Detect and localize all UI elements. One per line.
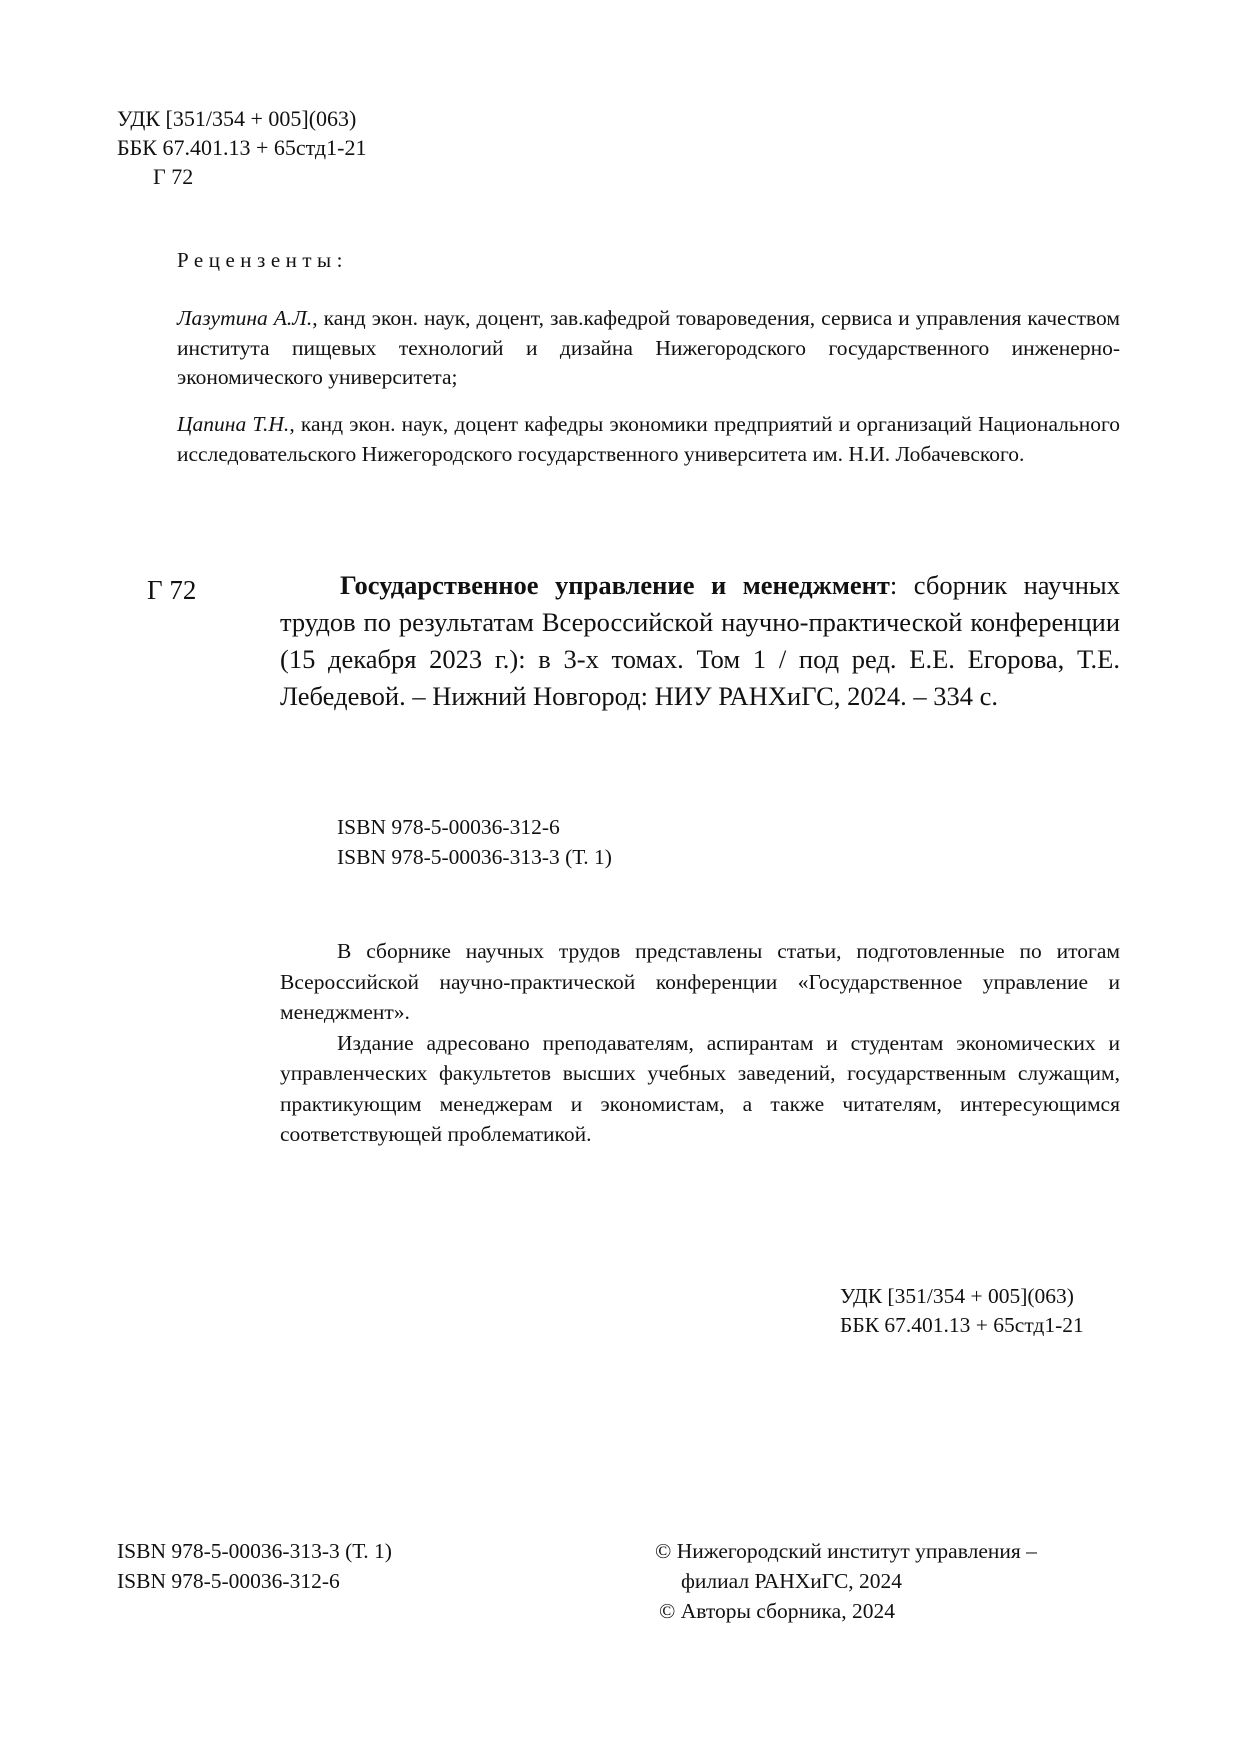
reviewer-description: , канд экон. наук, доцент кафедры эконом…	[177, 412, 1120, 466]
annotation: В сборнике научных трудов представлены с…	[280, 936, 1120, 1150]
annotation-paragraph: Издание адресовано преподавателям, аспир…	[280, 1028, 1120, 1150]
classification-codes-top: УДК [351/354 + 005](063) ББК 67.401.13 +…	[117, 104, 366, 191]
bbk-code: ББК 67.401.13 + 65стд1-21	[840, 1311, 1084, 1340]
book-title: Государственное управление и менеджмент	[340, 570, 890, 600]
udk-code: УДК [351/354 + 005](063)	[840, 1282, 1084, 1311]
copyright-institute-cont: филиал РАНХиГС, 2024	[655, 1566, 1037, 1596]
reviewer-entry: Цапина Т.Н., канд экон. наук, доцент каф…	[177, 410, 1120, 469]
bibliographic-description: Государственное управление и менеджмент:…	[280, 567, 1120, 715]
isbn-number: ISBN 978-5-00036-312-6	[117, 1566, 392, 1596]
catalog-isbn-list: ISBN 978-5-00036-312-6 ISBN 978-5-00036-…	[337, 812, 612, 872]
copyright-authors: © Авторы сборника, 2024	[655, 1596, 1037, 1626]
classification-codes-bottom: УДК [351/354 + 005](063) ББК 67.401.13 +…	[840, 1282, 1084, 1340]
reviewer-name: Лазутина А.Л.	[177, 306, 312, 330]
annotation-paragraph: В сборнике научных трудов представлены с…	[280, 936, 1120, 1028]
isbn-number: ISBN 978-5-00036-312-6	[337, 812, 612, 842]
reviewer-entry: Лазутина А.Л., канд экон. наук, доцент, …	[177, 304, 1120, 393]
isbn-number: ISBN 978-5-00036-313-3 (Т. 1)	[117, 1536, 392, 1566]
catalog-author-mark: Г 72	[147, 575, 196, 606]
author-mark: Г 72	[117, 162, 366, 191]
copyright-institute: © Нижегородский институт управления –	[655, 1536, 1037, 1566]
reviewers-heading: Рецензенты:	[177, 248, 348, 273]
footer-isbn-list: ISBN 978-5-00036-313-3 (Т. 1) ISBN 978-5…	[117, 1536, 392, 1596]
reviewer-name: Цапина Т.Н.	[177, 412, 289, 436]
isbn-number: ISBN 978-5-00036-313-3 (Т. 1)	[337, 842, 612, 872]
bbk-code: ББК 67.401.13 + 65стд1-21	[117, 133, 366, 162]
copyright-notice: © Нижегородский институт управления – фи…	[655, 1536, 1037, 1626]
reviewer-description: , канд экон. наук, доцент, зав.кафедрой …	[177, 306, 1120, 389]
udk-code: УДК [351/354 + 005](063)	[117, 104, 366, 133]
